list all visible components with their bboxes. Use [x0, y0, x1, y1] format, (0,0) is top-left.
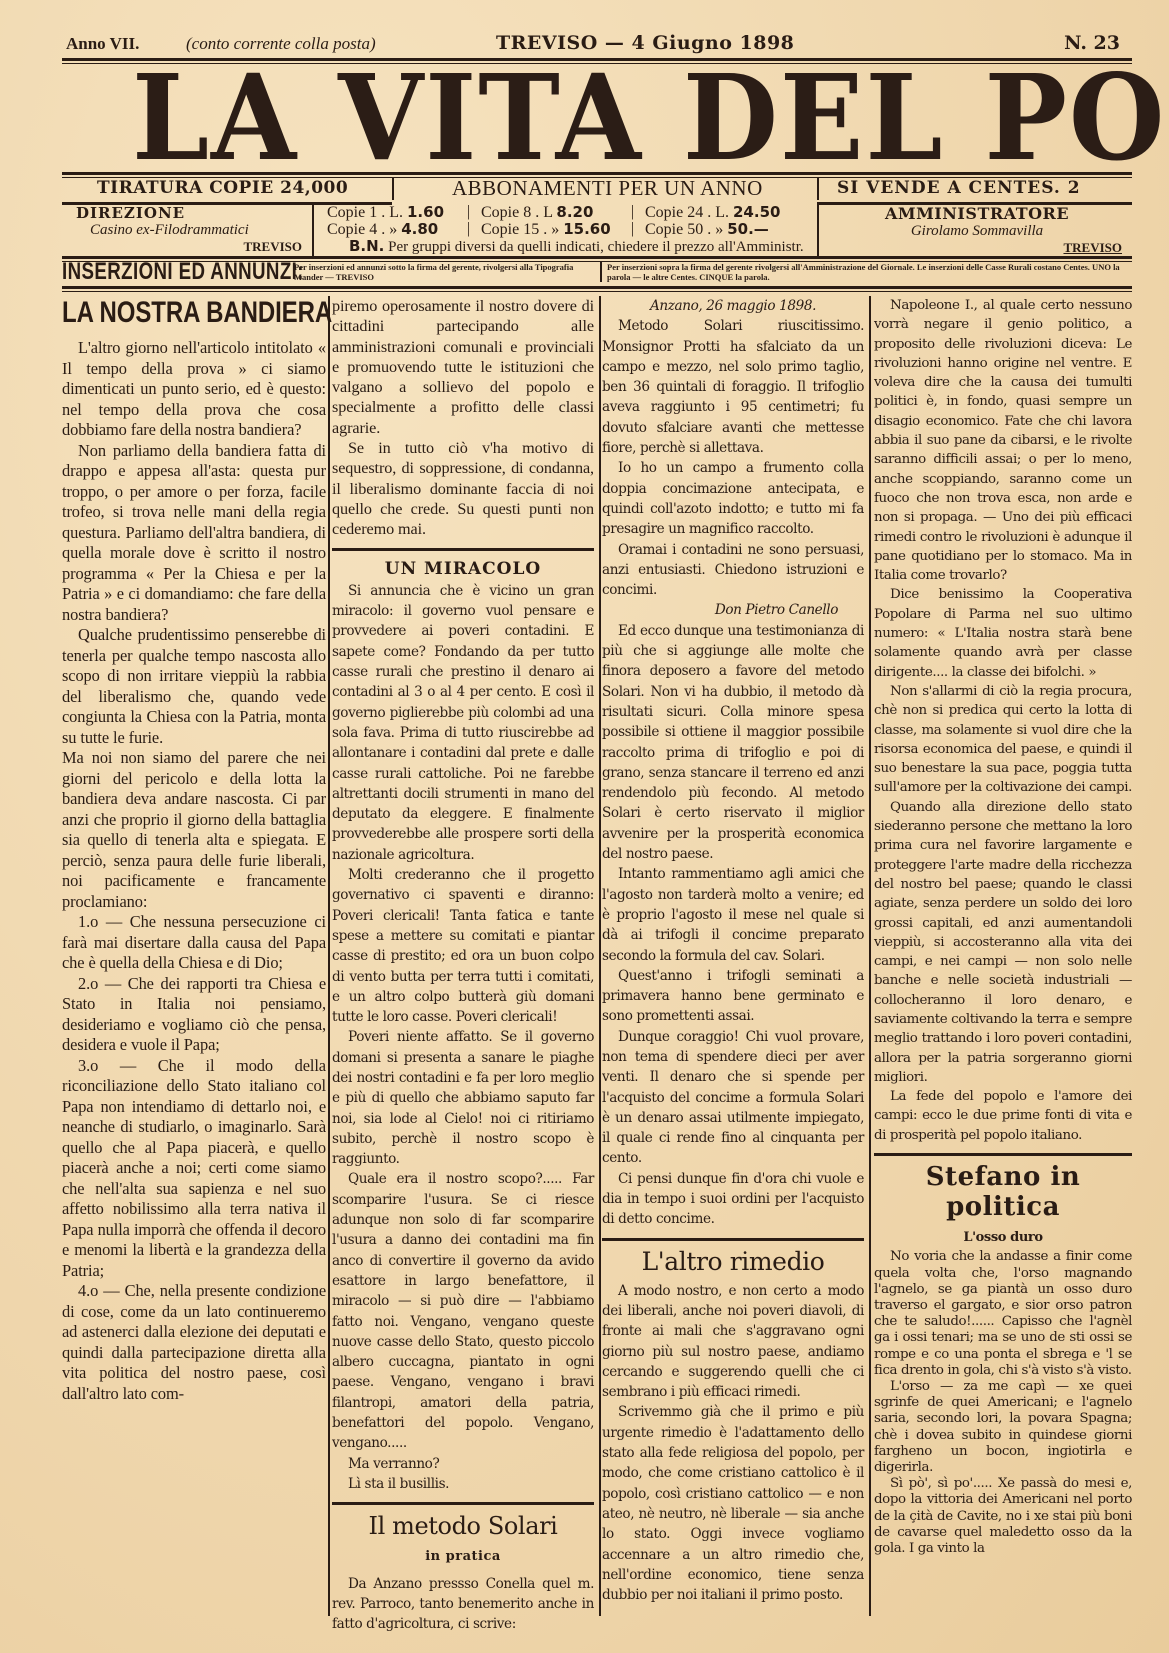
- subscriptions-heading: ABBONAMENTI PER UN ANNO: [452, 176, 763, 201]
- paragraph: Non s'allarmi di ciò la regia procura, c…: [874, 682, 1132, 798]
- paragraph: No voria che la andasse a finir come que…: [874, 1249, 1132, 1379]
- price-row: Copie 1 . L. 1.60 | Copie 8 . L 8.20 | C…: [327, 204, 807, 221]
- administrator-city: TREVISO: [832, 240, 1122, 256]
- direction-address: Casino ex-Filodrammatici: [76, 222, 306, 239]
- paragraph: 2.o — Che dei rapporti tra Chiesa e Stat…: [62, 974, 326, 1056]
- paragraph: Io ho un campo a frumento colla doppia c…: [602, 458, 864, 539]
- paragraph: piremo operosamente il nostro dovere di …: [332, 296, 594, 438]
- column-1: LA NOSTRA BANDIERA L'altro giorno nell'a…: [62, 296, 326, 1404]
- paragraph: Ma noi non siamo del parere che nei gior…: [62, 748, 326, 912]
- divider: [312, 204, 314, 256]
- newspaper-title: LA VITA DEL POPOLO: [132, 62, 1025, 174]
- stefano-body: No voria che la andasse a finir come que…: [874, 1249, 1132, 1557]
- direction-city: TREVISO: [76, 239, 306, 255]
- info-row-1: TIRATURA COPIE 24,000 ABBONAMENTI PER UN…: [62, 176, 1132, 202]
- headline-miracolo: UN MIRACOLO: [332, 559, 594, 579]
- paragraph: La fede del popolo e l'amore dei campi: …: [874, 1087, 1132, 1145]
- paragraph: Si annuncia che è vicino un gran miracol…: [332, 581, 594, 865]
- paragraph: Da Anzano pressso Conella quel m. rev. P…: [332, 1574, 594, 1635]
- ads-note-2: Per inserzioni sopra la firma del gerent…: [607, 262, 1137, 282]
- administrator-heading: AMMINISTRATORE: [832, 204, 1122, 223]
- paragraph: Intanto rammentiamo agli amici che l'ago…: [602, 864, 864, 965]
- headline-stefano: Stefano in politica: [874, 1162, 1132, 1222]
- paragraph: Dice benissimo la Cooperativa Popolare d…: [874, 585, 1132, 681]
- divider: [602, 1238, 864, 1241]
- direction-heading: DIREZIONE: [76, 204, 306, 222]
- paragraph: Ci pensi dunque fin d'ora chi vuole e di…: [602, 1169, 864, 1230]
- paragraph: 1.o — Che nessuna persecuzione ci farà m…: [62, 912, 326, 974]
- paragraph: L'altro giorno nell'articolo intitolato …: [62, 338, 326, 441]
- paragraph: A modo nostro, e non certo a modo dei li…: [602, 1281, 864, 1403]
- paragraph: 3.o — Che il modo della riconciliazione …: [62, 1056, 326, 1282]
- paragraph: Dunque coraggio! Chi vuol provare, non t…: [602, 1027, 864, 1169]
- paragraph: Ma verranno?: [332, 1454, 594, 1474]
- paragraph: Scrivemmo già che il primo e più urgente…: [602, 1402, 864, 1605]
- divider: [817, 204, 819, 256]
- paragraph: Non parliamo della bandiera fatta di dra…: [62, 441, 326, 626]
- volume-label: Anno VII.: [66, 34, 139, 54]
- price-row: Copie 4 . » 4.80 | Copie 15 . » 15.60 | …: [327, 221, 807, 238]
- group-price-note: B.N. Per gruppi diversi da quelli indica…: [327, 238, 807, 255]
- info-row-2: DIREZIONE Casino ex-Filodrammatici TREVI…: [62, 204, 1132, 260]
- ads-row: INSERZIONI ED ANNUNZI: Per inserzioni ed…: [62, 260, 1132, 286]
- ads-heading: INSERZIONI ED ANNUNZI:: [62, 258, 304, 286]
- paragraph: L'orso — za me capì — xe quei sgrinfe de…: [874, 1379, 1132, 1476]
- headline-bandiera: LA NOSTRA BANDIERA: [62, 296, 326, 330]
- column-divider: [869, 296, 871, 1616]
- subheadline-solari: in pratica: [332, 1547, 594, 1567]
- subheadline-stefano: L'osso duro: [874, 1228, 1132, 1247]
- direction-block: DIREZIONE Casino ex-Filodrammatici TREVI…: [76, 204, 306, 255]
- paragraph: Quale era il nostro scopo?..... Far scom…: [332, 1169, 594, 1453]
- administrator-block: AMMINISTRATORE Girolamo Sommavilla TREVI…: [832, 204, 1122, 256]
- paragraph: Napoleone I., al quale certo nessuno vor…: [874, 296, 1132, 585]
- paragraph: Qualche prudentissimo penserebbe di tene…: [62, 625, 326, 748]
- divider: [874, 1153, 1132, 1156]
- paragraph: Sì pò', sì po'..... Xe passà do mesi e, …: [874, 1476, 1132, 1557]
- letter-signature: Don Pietro Canello: [602, 600, 864, 620]
- administrator-name: Girolamo Sommavilla: [832, 223, 1122, 240]
- headline-rimedio: L'altro rimedio: [602, 1247, 864, 1277]
- paragraph: Se in tutto ciò v'ha motivo di sequestro…: [332, 438, 594, 539]
- column-4: Napoleone I., al quale certo nessuno vor…: [874, 296, 1132, 1557]
- price-note: SI VENDE A CENTES. 2: [837, 178, 1081, 198]
- divider: [392, 178, 394, 200]
- paragraph: Poveri niente affatto. Se il governo dom…: [332, 1027, 594, 1169]
- divider: [62, 286, 1132, 292]
- divider: [332, 548, 594, 551]
- divider: [600, 262, 602, 282]
- paragraph: Lì sta il busillis.: [332, 1474, 594, 1494]
- paragraph: Oramai i contadini ne sono persuasi, anz…: [602, 540, 864, 601]
- column-divider: [328, 296, 330, 1616]
- subscription-prices: Copie 1 . L. 1.60 | Copie 8 . L 8.20 | C…: [327, 204, 807, 255]
- ads-note-1: Per inserzioni ed annunzi sotto la firma…: [294, 262, 594, 282]
- paragraph: Metodo Solari riuscitissimo. Monsignor P…: [602, 316, 864, 458]
- divider: [332, 1502, 594, 1505]
- divider: [817, 178, 819, 200]
- paragraph: Molti crederanno che il progetto governa…: [332, 865, 594, 1027]
- column-3: Anzano, 26 maggio 1898. Metodo Solari ri…: [602, 296, 864, 1605]
- letter-dateline: Anzano, 26 maggio 1898.: [602, 296, 864, 316]
- paragraph: 4.o — Che, nella presente condizione di …: [62, 1281, 326, 1404]
- circulation: TIRATURA COPIE 24,000: [97, 178, 348, 198]
- column-divider: [599, 296, 601, 1616]
- headline-solari: Il metodo Solari: [332, 1511, 594, 1541]
- paragraph: Quando alla direzione dello stato sieder…: [874, 798, 1132, 1087]
- paragraph: Quest'anno i trifogli seminati a primave…: [602, 966, 864, 1027]
- paragraph: Ed ecco dunque una testimonianza di più …: [602, 621, 864, 865]
- column-2: piremo operosamente il nostro dovere di …: [332, 296, 594, 1634]
